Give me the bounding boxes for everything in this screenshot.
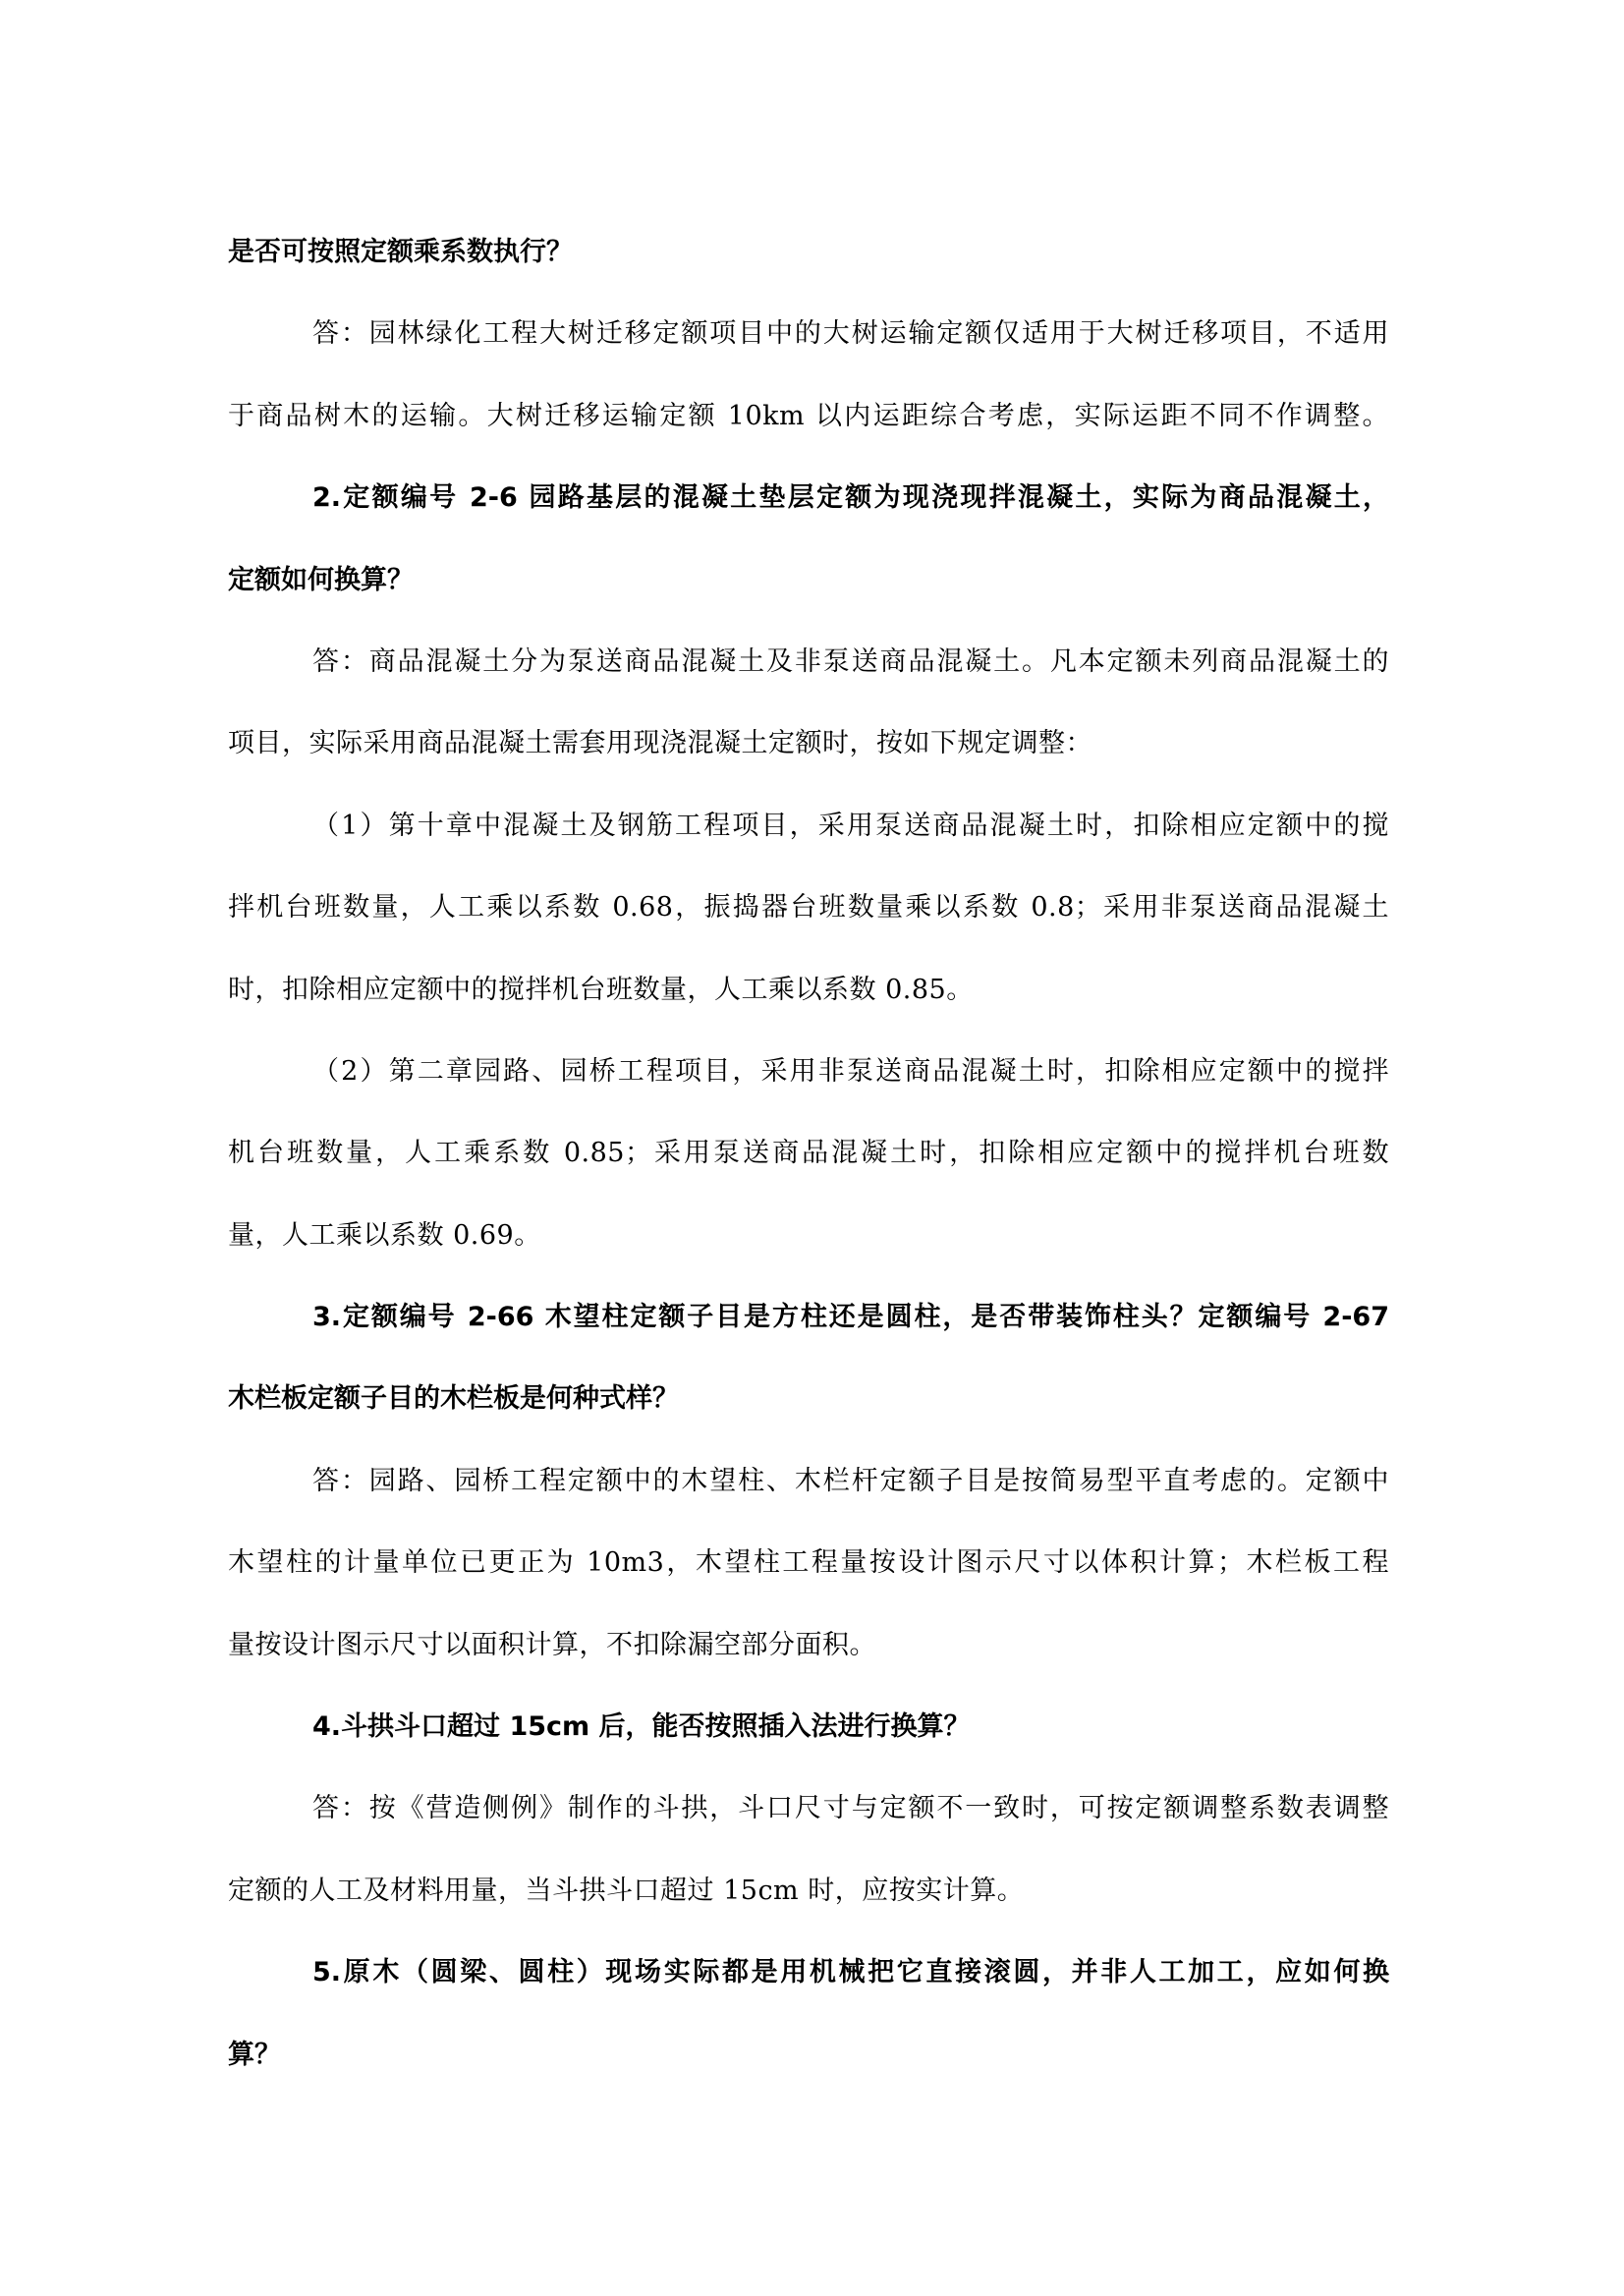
text-line: 4.斗拱斗口超过 15cm 后，能否按照插入法进行换算？ (228, 1707, 1389, 1788)
text-line: 机台班数量，人工乘系数 0.85；采用泵送商品混凝土时，扣除相应定额中的搅拌机台… (228, 1133, 1389, 1214)
question-paragraph: 是否可按照定额乘系数执行？ (228, 232, 1389, 313)
text-line: 算？ (228, 2035, 1389, 2116)
answer-paragraph: （1）第十章中混凝土及钢筋工程项目，采用泵送商品混凝土时，扣除相应定额中的搅 拌… (228, 806, 1389, 1051)
text-line: 答：按《营造侧例》制作的斗拱，斗口尺寸与定额不一致时，可按定额调整系数表调整 (228, 1788, 1389, 1870)
answer-paragraph: 答：按《营造侧例》制作的斗拱，斗口尺寸与定额不一致时，可按定额调整系数表调整 定… (228, 1788, 1389, 1952)
document-body: 是否可按照定额乘系数执行？ 答：园林绿化工程大树迁移定额项目中的大树运输定额仅适… (228, 232, 1389, 2116)
text-line: 时，扣除相应定额中的搅拌机台班数量，人工乘以系数 0.85。 (228, 970, 1389, 1051)
text-line: （1）第十章中混凝土及钢筋工程项目，采用泵送商品混凝土时，扣除相应定额中的搅 (228, 806, 1389, 887)
text-line: 是否可按照定额乘系数执行？ (228, 232, 1389, 313)
question-paragraph: 2.定额编号 2-6 园路基层的混凝土垫层定额为现浇现拌混凝土，实际为商品混凝土… (228, 477, 1389, 642)
text-line: 木望柱的计量单位已更正为 10m3，木望柱工程量按设计图示尺寸以体积计算；木栏板… (228, 1542, 1389, 1624)
text-line: 定额的人工及材料用量，当斗拱斗口超过 15cm 时，应按实计算。 (228, 1871, 1389, 1952)
question-paragraph: 5.原木（圆梁、圆柱）现场实际都是用机械把它直接滚圆，并非人工加工，应如何换 算… (228, 1952, 1389, 2116)
text-line: 5.原木（圆梁、圆柱）现场实际都是用机械把它直接滚圆，并非人工加工，应如何换 (228, 1952, 1389, 2034)
text-line: 拌机台班数量，人工乘以系数 0.68，振捣器台班数量乘以系数 0.8；采用非泵送… (228, 887, 1389, 969)
question-paragraph: 4.斗拱斗口超过 15cm 后，能否按照插入法进行换算？ (228, 1707, 1389, 1788)
text-line: 量，人工乘以系数 0.69。 (228, 1215, 1389, 1297)
question-paragraph: 3.定额编号 2-66 木望柱定额子目是方柱还是圆柱，是否带装饰柱头？定额编号 … (228, 1297, 1389, 1461)
text-line: （2）第二章园路、园桥工程项目，采用非泵送商品混凝土时，扣除相应定额中的搅拌 (228, 1051, 1389, 1133)
answer-paragraph: 答：商品混凝土分为泵送商品混凝土及非泵送商品混凝土。凡本定额未列商品混凝土的 项… (228, 642, 1389, 806)
text-line: 答：园林绿化工程大树迁移定额项目中的大树运输定额仅适用于大树迁移项目，不适用 (228, 313, 1389, 395)
document-page: 是否可按照定额乘系数执行？ 答：园林绿化工程大树迁移定额项目中的大树运输定额仅适… (0, 0, 1624, 2296)
text-line: 答：园路、园桥工程定额中的木望柱、木栏杆定额子目是按简易型平直考虑的。定额中 (228, 1461, 1389, 1542)
answer-paragraph: 答：园路、园桥工程定额中的木望柱、木栏杆定额子目是按简易型平直考虑的。定额中 木… (228, 1461, 1389, 1707)
text-line: 3.定额编号 2-66 木望柱定额子目是方柱还是圆柱，是否带装饰柱头？定额编号 … (228, 1297, 1389, 1378)
text-line: 量按设计图示尺寸以面积计算，不扣除漏空部分面积。 (228, 1625, 1389, 1707)
text-line: 木栏板定额子目的木栏板是何种式样？ (228, 1378, 1389, 1460)
text-line: 定额如何换算？ (228, 560, 1389, 642)
answer-paragraph: （2）第二章园路、园桥工程项目，采用非泵送商品混凝土时，扣除相应定额中的搅拌 机… (228, 1051, 1389, 1297)
text-line: 项目，实际采用商品混凝土需套用现浇混凝土定额时，按如下规定调整： (228, 723, 1389, 805)
text-line: 2.定额编号 2-6 园路基层的混凝土垫层定额为现浇现拌混凝土，实际为商品混凝土… (228, 477, 1389, 559)
text-line: 答：商品混凝土分为泵送商品混凝土及非泵送商品混凝土。凡本定额未列商品混凝土的 (228, 642, 1389, 723)
answer-paragraph: 答：园林绿化工程大树迁移定额项目中的大树运输定额仅适用于大树迁移项目，不适用 于… (228, 313, 1389, 477)
text-line: 于商品树木的运输。大树迁移运输定额 10km 以内运距综合考虑，实际运距不同不作… (228, 396, 1389, 477)
